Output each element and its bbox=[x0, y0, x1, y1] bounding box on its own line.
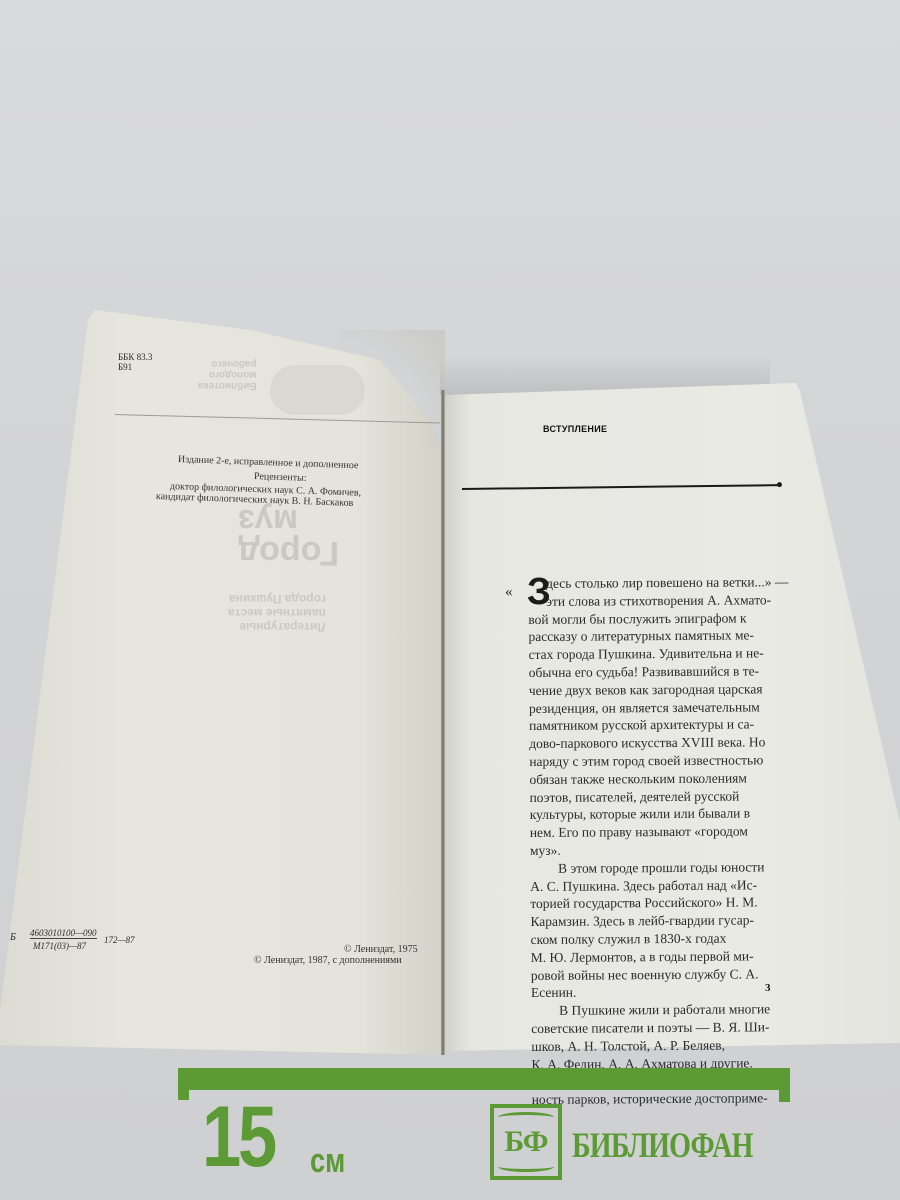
text-line: М. Ю. Лермонтов, а в годы первой ми- bbox=[531, 946, 861, 966]
text-line: Карамзин. Здесь в лейб-гвардии гусар- bbox=[530, 911, 860, 931]
opening-quote: « bbox=[505, 584, 513, 601]
text-line: рассказу о литературных памятных ме- bbox=[528, 626, 858, 646]
page-number: 3 bbox=[765, 982, 771, 994]
text-line: нем. Его по праву называют «городом bbox=[530, 822, 860, 842]
text-line: ровой войны нес военную службу С. А. bbox=[531, 964, 861, 984]
ghost-subtitle-line: Литературные bbox=[228, 620, 326, 634]
text-line: памятником русской архитектуры и са- bbox=[529, 715, 859, 735]
text-line: В Пушкине жили и работали многие bbox=[531, 1000, 861, 1020]
text-line: ском полку служил в 1830-х годах bbox=[530, 929, 860, 949]
ghost-title-line: муз bbox=[238, 505, 339, 537]
text-line: чение двух веков как загородная царская bbox=[529, 679, 859, 699]
text-line: десь столько лир повешено на ветки...» — bbox=[528, 573, 858, 593]
ruler-tick-start bbox=[178, 1068, 189, 1100]
ruler-unit: см bbox=[310, 1142, 345, 1181]
text-line: шков, А. Н. Толстой, А. Р. Беляев, bbox=[531, 1035, 861, 1055]
text-line: Есенин. bbox=[531, 982, 861, 1002]
ruler-length: 15 bbox=[202, 1094, 274, 1180]
book-logo-icon: БФ bbox=[490, 1104, 562, 1180]
classification-code: ББК 83.3 bbox=[118, 352, 152, 362]
text-line: дово-паркового искусства XVIII века. Но bbox=[529, 733, 859, 753]
ghost-subtitle: Литературные памятные места города Пушки… bbox=[228, 592, 326, 634]
copyright-1987: © Лениздат, 1987, с дополнениями bbox=[254, 955, 402, 966]
ghost-subtitle-line: памятные места bbox=[228, 606, 326, 620]
ghost-title-line: Город bbox=[238, 537, 339, 569]
text-line: А. С. Пушкина. Здесь работал над «Ис- bbox=[530, 875, 860, 895]
brand-name: БИБЛИОФАН bbox=[572, 1124, 753, 1166]
catalog-suffix: 172—87 bbox=[104, 935, 135, 945]
catalog-prefix: Б bbox=[10, 932, 16, 943]
catalog-numerator: 4603010100—090 bbox=[30, 928, 97, 939]
book-spine bbox=[441, 390, 445, 1055]
text-line: обязан также нескольким поколениям bbox=[529, 768, 859, 788]
ghost-subtitle-line: города Пушкина bbox=[228, 592, 326, 606]
chapter-body: десь столько лир повешено на ветки...» —… bbox=[528, 573, 862, 1109]
text-line: вой могли бы послужить эпиграфом к bbox=[528, 608, 858, 628]
author-mark: Б91 bbox=[118, 362, 132, 372]
text-line: В этом городе прошли годы юности bbox=[530, 857, 860, 877]
ghost-title: Город муз bbox=[238, 505, 339, 569]
text-line: обычна его судьба! Развивавшийся в те- bbox=[529, 662, 859, 682]
ghost-series-line: Библиотека bbox=[198, 380, 257, 391]
catalog-denominator: М171(03)—87 bbox=[33, 941, 86, 951]
text-line: советские писатели и поэты — В. Я. Ши- bbox=[531, 1018, 861, 1038]
ghost-series-line: молодого bbox=[198, 369, 257, 380]
text-line: наряду с этим город своей известностью bbox=[529, 751, 859, 771]
copyright-1975: © Лениздат, 1975 bbox=[344, 944, 418, 955]
text-line: поэтов, писателей, деятелей русской bbox=[529, 786, 859, 806]
measurement-ruler: 15 см БФ БИБЛИОФАН bbox=[174, 1068, 794, 1200]
ghost-emblem bbox=[270, 365, 365, 415]
ruler-bar bbox=[178, 1068, 790, 1090]
brand-logo-text: БФ bbox=[504, 1125, 547, 1159]
ghost-series-line: рабочего bbox=[198, 358, 257, 369]
text-line: резиденция, он является замечательным bbox=[529, 697, 859, 717]
text-line: торией государства Российского» Н. М. bbox=[530, 893, 860, 913]
text-line: муз». bbox=[530, 840, 860, 860]
text-line: культуры, которые жили или бывали в bbox=[530, 804, 860, 824]
text-line: стах города Пушкина. Удивительна и не- bbox=[528, 644, 858, 664]
ruler-tick-end bbox=[779, 1068, 790, 1102]
ghost-series: Библиотека молодого рабочего bbox=[198, 358, 257, 391]
chapter-heading: ВСТУПЛЕНИЕ bbox=[543, 424, 607, 434]
text-line: эти слова из стихотворения А. Ахмато- bbox=[528, 590, 858, 610]
reviewers-label: Рецензенты: bbox=[254, 471, 307, 484]
